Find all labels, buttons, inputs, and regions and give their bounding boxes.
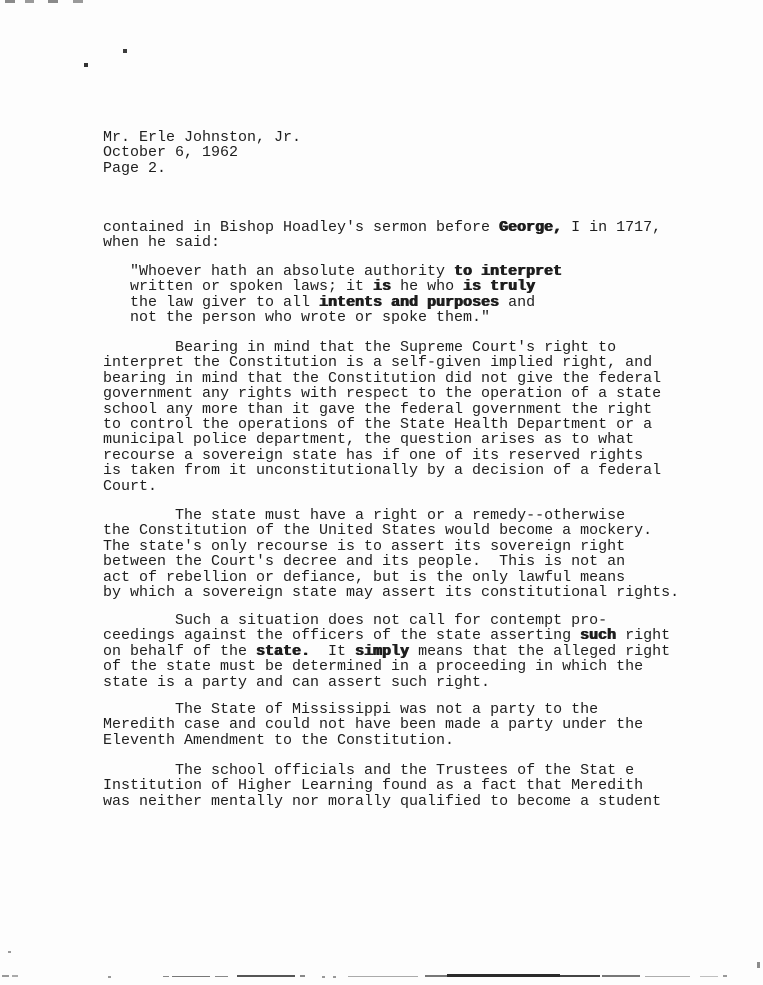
paragraph-contempt-proceedings: Such a situation does not call for conte… <box>103 613 670 690</box>
text-line: was neither mentally nor morally qualifi… <box>103 794 661 809</box>
text-line: interpret the Constitution is a self-giv… <box>103 355 661 370</box>
text-line: The State of Mississippi was not a party… <box>103 702 643 717</box>
text-line: "Whoever hath an absolute authority to i… <box>103 264 562 279</box>
text-line: when he said: <box>103 235 661 250</box>
text-line: Bearing in mind that the Supreme Court's… <box>103 340 661 355</box>
text-line: on behalf of the state. It simply means … <box>103 644 670 659</box>
text-line: of the state must be determined in a pro… <box>103 659 670 674</box>
text-line: Meredith case and could not have been ma… <box>103 717 643 732</box>
scan-artifact-bottom-line <box>645 976 690 977</box>
text-line: not the person who wrote or spoke them." <box>103 310 562 325</box>
scan-artifact-speck <box>84 63 88 67</box>
scan-artifact-bottom-line <box>447 974 560 977</box>
text-line: ceedings against the officers of the sta… <box>103 628 670 643</box>
text-line: Page 2. <box>103 161 301 176</box>
text-line: recourse a sovereign state has if one of… <box>103 448 661 463</box>
overstruck-text: George, <box>499 219 562 236</box>
overstruck-text: such <box>580 627 616 644</box>
text-line: state is a party and can assert such rig… <box>103 675 670 690</box>
text-line: school any more than it gave the federal… <box>103 402 661 417</box>
text-line: The state's only recourse is to assert i… <box>103 539 679 554</box>
text-line: bearing in mind that the Constitution di… <box>103 371 661 386</box>
text-line: municipal police department, the questio… <box>103 432 661 447</box>
paragraph-mississippi: The State of Mississippi was not a party… <box>103 702 643 748</box>
text-line: is taken from it unconstitutionally by a… <box>103 463 661 478</box>
scan-artifact-top-dash <box>5 0 15 3</box>
scan-artifact-bottom-line <box>560 975 600 977</box>
paragraph-school-officials: The school officials and the Trustees of… <box>103 763 661 809</box>
text-line: Court. <box>103 479 661 494</box>
scanned-letter-page: Mr. Erle Johnston, Jr.October 6, 1962Pag… <box>0 0 763 985</box>
text-line: act of rebellion or defiance, but is the… <box>103 570 679 585</box>
scan-artifact-bottom-line <box>237 975 295 977</box>
text-line: October 6, 1962 <box>103 145 301 160</box>
scan-artifact-bottom-line <box>425 975 447 977</box>
scan-artifact-speck <box>123 49 127 53</box>
paragraph-supreme-court: Bearing in mind that the Supreme Court's… <box>103 340 661 494</box>
text-line: contained in Bishop Hoadley's sermon bef… <box>103 220 661 235</box>
text-line: between the Court's decree and its peopl… <box>103 554 679 569</box>
text-line: written or spoken laws; it is he who is … <box>103 279 562 294</box>
scan-artifact-bottom-line <box>163 976 169 977</box>
text-line: government any rights with respect to th… <box>103 386 661 401</box>
scan-artifact-bottom-line <box>108 976 111 978</box>
text-line: The state must have a right or a remedy-… <box>103 508 679 523</box>
scan-artifact-speck <box>8 951 11 953</box>
scan-artifact-bottom-line <box>322 976 325 978</box>
scan-artifact-bottom-line <box>723 975 727 977</box>
scan-artifact-bottom-line <box>300 975 305 977</box>
text-line: Eleventh Amendment to the Constitution. <box>103 733 643 748</box>
scan-artifact-bottom-line <box>700 976 718 977</box>
text-line: to control the operations of the State H… <box>103 417 661 432</box>
scan-artifact-bottom-line <box>333 976 336 978</box>
text-line: the Constitution of the United States wo… <box>103 523 679 538</box>
scan-artifact-top-dash <box>73 0 83 3</box>
text-line: by which a sovereign state may assert it… <box>103 585 679 600</box>
paragraph-state-remedy: The state must have a right or a remedy-… <box>103 508 679 600</box>
scan-artifact-bottom-line <box>602 975 640 977</box>
letterhead: Mr. Erle Johnston, Jr.October 6, 1962Pag… <box>103 130 301 176</box>
scan-artifact-bottom-line <box>172 976 210 977</box>
scan-artifact-bottom-line <box>12 975 18 977</box>
paragraph-continuation: contained in Bishop Hoadley's sermon bef… <box>103 220 661 251</box>
text-line: the law giver to all intents and purpose… <box>103 295 562 310</box>
scan-artifact-bottom-line <box>215 976 228 977</box>
scan-artifact-bottom-line <box>2 975 9 977</box>
text-line: Mr. Erle Johnston, Jr. <box>103 130 301 145</box>
scan-artifact-speck <box>757 962 760 968</box>
blockquote: "Whoever hath an absolute authority to i… <box>103 264 562 326</box>
scan-artifact-bottom-line <box>348 976 418 977</box>
text-line: Institution of Higher Learning found as … <box>103 778 661 793</box>
scan-artifact-top-dash <box>25 0 34 3</box>
text-line: Such a situation does not call for conte… <box>103 613 670 628</box>
text-line: The school officials and the Trustees of… <box>103 763 661 778</box>
scan-artifact-top-dash <box>48 0 58 3</box>
